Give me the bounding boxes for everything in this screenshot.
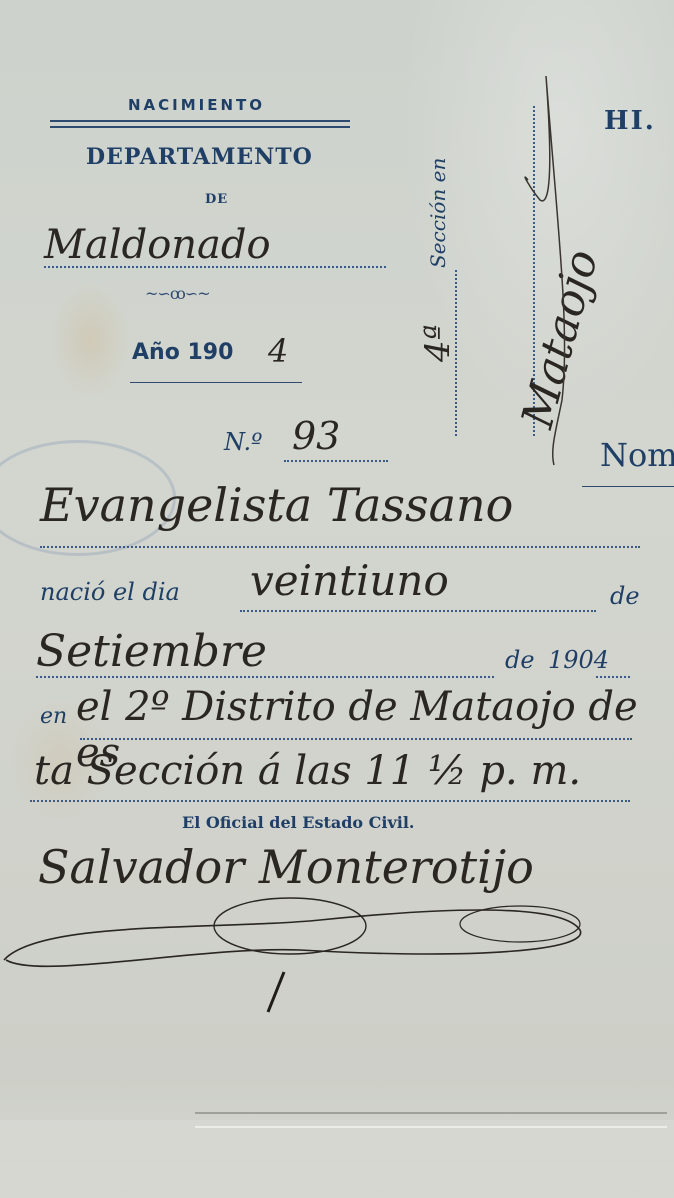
year-handwritten: 4 (268, 332, 288, 370)
place-dotted-line-2 (30, 800, 630, 802)
year-underline (130, 382, 302, 383)
number-dotted-line (284, 460, 388, 462)
name-dotted-line (40, 546, 640, 548)
number-value: 93 (292, 414, 340, 458)
next-form-header-fragment: HI. (604, 106, 656, 136)
signature-stroke (262, 968, 292, 1018)
ornament-divider: ~∽ꝏ∽~ (145, 284, 210, 303)
title-rule-2 (50, 126, 350, 128)
child-name: Evangelista Tassano (40, 478, 513, 532)
oficial-label: El Oficial del Estado Civil. (182, 813, 415, 832)
year-label: Año 190 (132, 340, 233, 365)
title-rule-1 (50, 120, 350, 122)
department-label: DEPARTAMENTO (86, 144, 313, 170)
de-label-1: de (610, 582, 640, 610)
form-title: NACIMIENTO (128, 96, 265, 114)
paper-fold-shadow (0, 1120, 674, 1198)
number-label: N.º (224, 428, 262, 456)
seccion-label: Sección en (426, 158, 450, 268)
department-dotted-line (44, 266, 386, 268)
birth-month-value: Setiembre (36, 626, 267, 677)
birth-place-line-2: ta Sección á las 11 ½ p. m. (34, 748, 581, 794)
birth-year-value: 1904 (548, 646, 609, 674)
nacio-label: nació el dia (40, 578, 180, 606)
month-dotted-line (36, 676, 494, 678)
next-form-nombre-fragment: Nom (600, 436, 674, 474)
birth-day-value: veintiuno (250, 556, 449, 605)
place-dotted-line-1 (80, 738, 632, 740)
day-dotted-line (240, 610, 596, 612)
signature-flourish (0, 880, 674, 990)
department-value: Maldonado (44, 222, 271, 268)
en-label: en (40, 704, 67, 729)
nombre-rule (582, 486, 674, 487)
seccion-ordinal: 4ª (418, 324, 458, 362)
seccion-flourish (500, 70, 580, 470)
de-label-2: de (505, 646, 535, 674)
de-label: DE (205, 192, 228, 207)
year-dotted-line (596, 676, 630, 678)
